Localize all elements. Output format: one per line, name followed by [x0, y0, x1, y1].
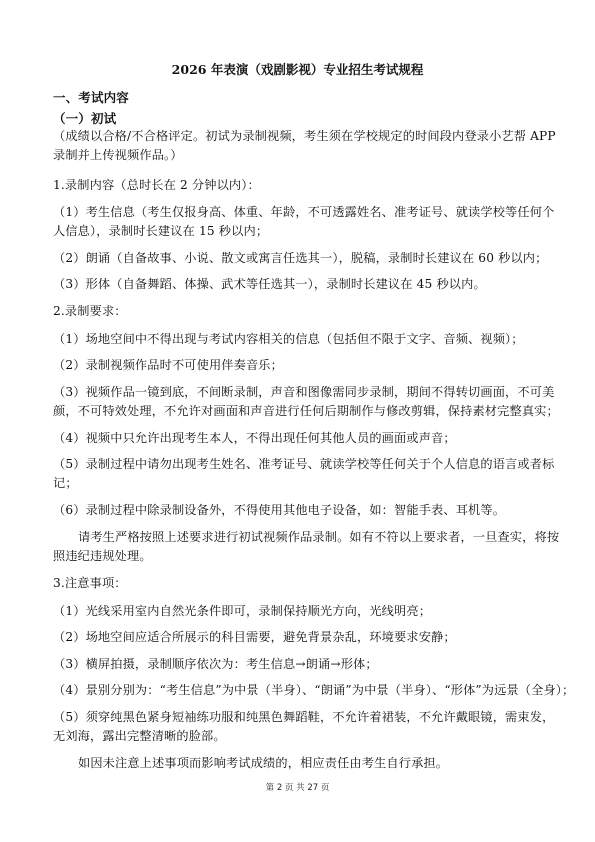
list-item-line: （3）形体（自备舞蹈、体操、武术等任选其一），录制时长建议在 45 秒以内。 — [53, 275, 539, 294]
part-heading-notes: 3.注意事项： — [53, 574, 539, 593]
requirements-note-line-2: 照违纪违规处理。 — [53, 547, 539, 566]
list-item-line: （1）光线采用室内自然光条件即可，录制保持顺光方向，光线明亮； — [53, 602, 539, 621]
intro-paragraph-line-1: （成绩以合格/不合格评定。初试为录制视频，考生须在学校规定的时间段内登录小艺帮 … — [53, 127, 539, 146]
list-item-line: （3）视频作品一镜到底，不间断录制，声音和图像需同步录制，期间不得转切画面，不可… — [53, 383, 539, 402]
section-heading-exam-content: 一、考试内容 — [53, 88, 539, 107]
intro-paragraph-line-2: 录制并上传视频作品。） — [53, 146, 539, 165]
list-item-line: 无刘海，露出完整清晰的脸部。 — [53, 727, 539, 746]
list-item-line: 记； — [53, 474, 539, 493]
list-item-line: （5）须穿纯黑色紧身短袖练功服和纯黑色舞蹈鞋，不允许着裙装，不允许戴眼镜，需束发… — [53, 708, 539, 727]
list-item-line: （2）朗诵（自备故事、小说、散文或寓言任选其一），脱稿，录制时长建议在 60 秒… — [53, 249, 539, 268]
part-heading-recording-content: 1.录制内容（总时长在 2 分钟以内）： — [53, 176, 539, 195]
list-item-line: （2）场地空间应适合所展示的科目需要，避免背景杂乱，环境要求安静； — [53, 628, 539, 647]
list-item-line: （3）横屏拍摄，录制顺序依次为：考生信息→朗诵→形体； — [53, 655, 539, 674]
part-heading-recording-requirements: 2.录制要求： — [53, 302, 539, 321]
page-number-footer: 第 2 页 共 27 页 — [0, 781, 595, 793]
list-item-line: （4）视频中只允许出现考生本人，不得出现任何其他人员的画面或声音； — [53, 429, 539, 448]
list-item-line: （1）场地空间中不得出现与考试内容相关的信息（包括但不限于文字、音频、视频）； — [53, 330, 539, 349]
document-page: 2026 年表演（戏剧影视）专业招生考试规程 一、考试内容 （一）初试 （成绩以… — [0, 0, 595, 842]
list-item-line: （5）录制过程中请勿出现考生姓名、准考证号、就读学校等任何关于个人信息的语言或者… — [53, 455, 539, 474]
closing-note: 如因未注意上述事项而影响考试成绩的，相应责任由考生自行承担。 — [78, 754, 539, 773]
list-item-line: （1）考生信息（考生仅报身高、体重、年龄，不可透露姓名、准考证号、就读学校等任何… — [53, 203, 539, 222]
document-title: 2026 年表演（戏剧影视）专业招生考试规程 — [0, 61, 595, 79]
list-item-line: 颜，不可特效处理，不允许对画面和声音进行任何后期制作与修改剪辑，保持素材完整真实… — [53, 402, 539, 421]
subsection-heading-preliminary: （一）初试 — [53, 109, 539, 128]
list-item-line: （2）录制视频作品时不可使用伴奏音乐； — [53, 356, 539, 375]
list-item-line: 人信息），录制时长建议在 15 秒以内； — [53, 222, 539, 241]
list-item-line: （4）景别分别为：“考生信息”为中景（半身）、“朗诵”为中景（半身）、“形体”为… — [53, 681, 539, 700]
list-item-line: （6）录制过程中除录制设备外，不得使用其他电子设备，如：智能手表、耳机等。 — [53, 501, 539, 520]
requirements-note-line-1: 请考生严格按照上述要求进行初试视频作品录制。如有不符以上要求者，一旦查实，将按 — [78, 528, 539, 547]
